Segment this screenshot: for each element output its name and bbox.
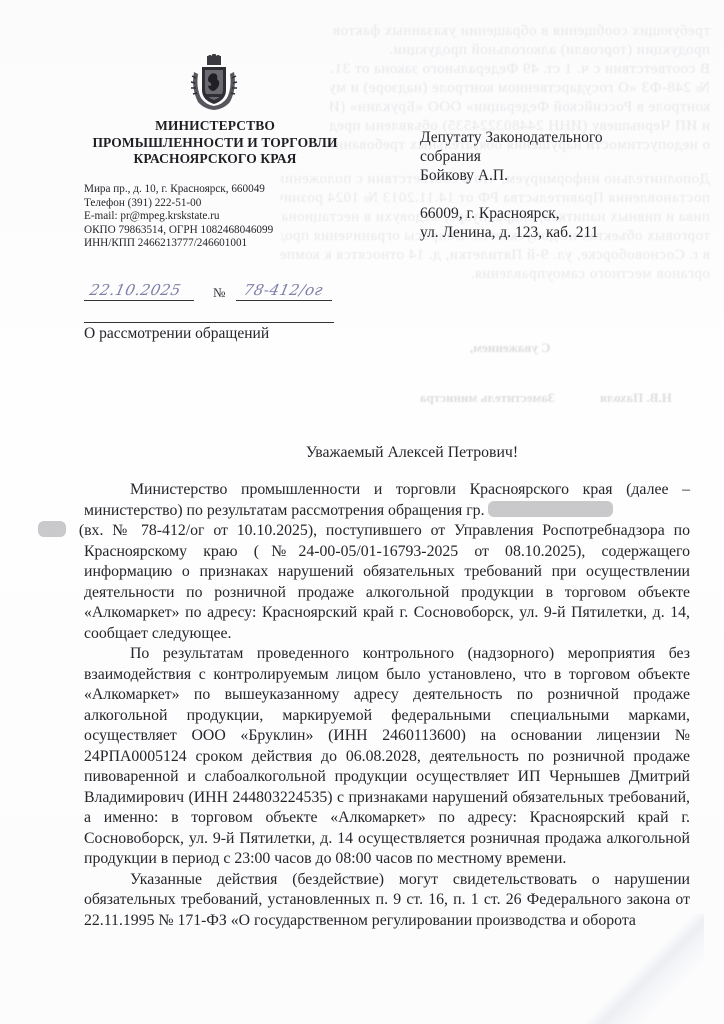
contact-phone: Телефон (391) 222-51-00 — [84, 197, 273, 211]
salutation: Уважаемый Алексей Петрович! — [0, 444, 724, 462]
addressee-line: собрания — [420, 147, 603, 166]
addressee-address-line: 66009, г. Красноярск, — [420, 204, 603, 223]
subject-divider — [84, 322, 334, 323]
ministry-name-line: КРАСНОЯРСКОГО КРАЯ — [70, 151, 360, 168]
letter-page: требующих сообщения в обращении указанны… — [0, 0, 724, 1024]
registration-line: 22.10.2025 № 78-412/ог — [84, 280, 334, 302]
contact-okpo-ogrn: ОКПО 79863514, ОГРН 1082468046099 — [84, 224, 273, 238]
bleed-through-signatory-name: Н.В. Пахоля — [600, 390, 672, 406]
bleed-through-signatory-title: Заместитель министра — [420, 390, 555, 406]
contact-address: Мира пр., д. 10, г. Красноярск, 660049 — [84, 183, 273, 197]
letter-body: Министерство промышленности и торговли К… — [84, 480, 690, 931]
registration-number-field: 78-412/ог — [236, 280, 332, 301]
handwritten-date: 22.10.2025 — [88, 281, 183, 299]
number-label: № — [213, 285, 225, 301]
contact-email: E-mail: pr@mpeg.krskstate.ru — [84, 210, 273, 224]
handwritten-number: 78-412/ог — [242, 281, 325, 299]
bleed-through-closing: С уважением, — [470, 340, 551, 356]
krasnoyarsk-coat-of-arms-icon — [188, 54, 240, 112]
body-paragraph-2: По результатам проведенного контрольного… — [84, 644, 690, 870]
ministry-name-line: МИНИСТЕРСТВО — [70, 118, 360, 135]
addressee-address-line: ул. Ленина, д. 123, каб. 211 — [420, 223, 603, 242]
addressee-line: Депутату Законодательного — [420, 128, 603, 147]
body-paragraph-3: Указанные действия (бездействие) могут с… — [84, 870, 690, 932]
registration-date-field: 22.10.2025 — [84, 280, 194, 301]
ministry-contacts: Мира пр., д. 10, г. Красноярск, 660049 Т… — [84, 183, 273, 251]
addressee-name: Бойкову А.П. — [420, 166, 603, 185]
contact-inn-kpp: ИНН/КПП 2466213777/246601001 — [84, 237, 273, 251]
letter-subject: О рассмотрении обращений — [84, 325, 269, 343]
addressee-block: Депутату Законодательного собрания Бойко… — [420, 128, 603, 242]
redacted-applicant-name — [488, 501, 613, 517]
ministry-name: МИНИСТЕРСТВО ПРОМЫШЛЕННОСТИ И ТОРГОВЛИ К… — [70, 118, 360, 168]
body-paragraph-1: Министерство промышленности и торговли К… — [84, 480, 690, 644]
redacted-applicant-name — [38, 521, 66, 537]
salutation-text: Уважаемый Алексей Петрович! — [306, 444, 518, 462]
paragraph-text: (вх. № 78-412/ог от 10.10.2025), поступи… — [70, 522, 690, 642]
ministry-name-line: ПРОМЫШЛЕННОСТИ И ТОРГОВЛИ — [70, 135, 360, 152]
